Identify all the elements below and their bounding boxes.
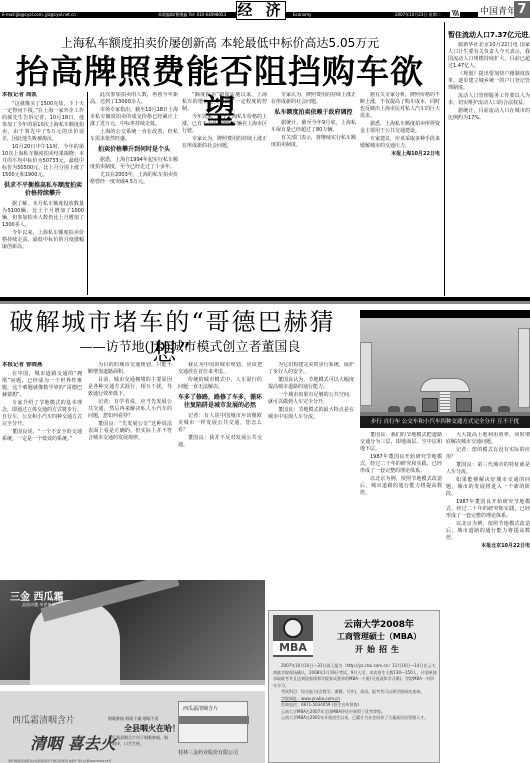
page-header: E-mail:jjb@cyol.com, jjb@cyol.net.cn 本版编… xyxy=(0,0,530,20)
sidebar-divider xyxy=(444,22,445,296)
building-left xyxy=(360,342,372,406)
paragraph: 据新华社北京10月22日电 国家人口计生委有关负责人今天表示，我国流动人口规模持… xyxy=(448,42,530,70)
stairs xyxy=(440,392,450,412)
paragraph: 此次参加拍卖的人数，再创今年新高，达到了13000余人。 xyxy=(90,92,178,106)
paragraph: 1987年董国良开始研究节地模式，经过二十年的研究和实践，已经形成了一套完整的理… xyxy=(446,499,530,520)
mba-title-3: 开始招生 xyxy=(319,644,439,655)
subheading: 车多了修路，路修了车多，循环往复陷阱是城市发展的必然 xyxy=(178,394,262,410)
ad-photo: 三金 西瓜霜 品质卓越 享誉神州 xyxy=(0,580,265,680)
paragraph: 《规划》提出要加快户籍制度改革，逐步建立城乡统一的户口登记管理制度。 xyxy=(448,71,530,92)
main-story-column-2: 此次参加拍卖的人数，再创今年新高，达到了13000余人。 市场专家指出，截至10… xyxy=(90,92,178,295)
paragraph: 董国良说，“一个不安全的交通系统，一定是一个低效的系统。” xyxy=(2,429,82,443)
header-email: E-mail:jjb@cyol.com, jjb@cyol.net.cn xyxy=(2,12,76,18)
paragraph: 专家介绍了节地模式的基本理念，即通过立体交通的方式将步行、自行车、公交和小汽车四… xyxy=(2,400,82,428)
paragraph: 董国良：我并不反对发展公共交通。 xyxy=(178,435,262,449)
paragraph: 董国良：第三代城市的特征就是人车分流。 xyxy=(446,462,530,476)
paragraph: “额度拍卖”制度实施以来，上海私车的增长速度得到了一定程度的控制。 xyxy=(182,92,267,113)
mba-badge: MBA xyxy=(273,641,313,655)
slash-decoration-icon: \\\\ xyxy=(450,9,460,17)
ad-lower-panel: 西瓜霜清咽含片 清咽 喜去火 咽喉肿痛 咽喉干燥 咽喉不适 全县咽火在哈！ 西瓜… xyxy=(0,685,265,763)
ad-company: 桂林三金药业股份有限公司 xyxy=(178,749,238,756)
dateline: 本报北京10月22日电 xyxy=(446,543,530,550)
main-story-column-3: “额度拍卖”制度实施以来，上海私车的增长速度得到了一定程度的控制。 今年以来，由… xyxy=(182,92,267,295)
sidebar-title: 暂住流动人口7.37亿元进入口未来 xyxy=(448,30,530,40)
subheading: 供求不平衡推高私车额度拍卖价格持续攀升 xyxy=(2,182,84,198)
section-title: 经 济 xyxy=(236,1,286,20)
subheading: 私车额度拍卖依赖于政府调控 xyxy=(271,109,356,117)
product-name: 西瓜霜清咽含片 xyxy=(12,713,75,726)
paragraph: 尤其在2003年，上海的私车拍卖价格曾经一度突破4.5万元。 xyxy=(90,172,178,186)
paragraph: 据悉，上海私车额度拍卖所得资金主要用于公共交通建设。 xyxy=(360,121,440,135)
brand-logo: 三金 西瓜霜 xyxy=(10,588,63,603)
ad-description: 西瓜霜清咽含片用于咽喉肿痛，咽干咽痒，口舌生疮。 xyxy=(108,735,168,747)
paragraph: 董国良：节地模式的最大特点是在城市中实现人车分流。 xyxy=(268,407,354,421)
story2-column-1: 本报记者 曾晓燕 在中国，城市道路交通的“拥堵”问题，已经成为一个世界性难题，这… xyxy=(2,362,82,577)
paragraph: 专家认为，牌照费用的持续上涨正在形成新的社会问题。 xyxy=(182,136,267,150)
subheading: 拍卖价格攀升到何时是个头 xyxy=(90,146,178,154)
pedestrian-bridge xyxy=(420,378,470,392)
main-story-column-5: 据有关专家分析，牌照价格的不断上涨，不仅提高了购车成本，同时也反映出上海市民对私… xyxy=(360,92,440,295)
paragraph: 据统计，截至今年9月底，上海私车保有量已经超过了80万辆。 xyxy=(271,120,356,134)
paragraph: 以北京为例，按照节地模式改造后，城市道路的通行能力将提高数倍。 xyxy=(446,521,530,542)
mba-body: 2007年10月10日—31日网上报名（http://yz.chsi.com.c… xyxy=(273,663,437,722)
paragraph: 流动人口管理服务工作要以人为本，切实维护流动人口的合法权益。 xyxy=(448,93,530,107)
paragraph: 在中国，城市道路交通的“拥堵”问题，已经成为一个世界性难题，这个难题就像数学界的… xyxy=(2,371,82,399)
paragraph: 专家认为，牌照费用的持续上涨正在形成新的社会问题。 xyxy=(271,92,356,106)
story2-column-4: 为它们构建完美的步行系统，保护了步行人的安全。 董国良认为，节地模式可以大幅度提… xyxy=(268,362,354,602)
street-illustration xyxy=(360,310,530,416)
main-story-column-4: 专家认为，牌照费用的持续上涨正在形成新的社会问题。 私车额度拍卖依赖于政府调控 … xyxy=(271,92,356,295)
bus-icon xyxy=(422,398,438,412)
story2-headline: 破解城市堵车的“哥德巴赫猜想” xyxy=(0,307,345,367)
byline: 本报记者 周凯 xyxy=(2,92,84,99)
main-story-column-1: 本报记者 周凯 “这就像买了1500克盐，下十天一定得问下钱。”在上海一家外企工… xyxy=(2,92,84,295)
story2-column-3: 我认为中国的城市规划，应该把交通放在首位来考虑。 传统的城市模式中，人车混行的问… xyxy=(178,362,262,557)
building-right xyxy=(518,328,530,408)
paragraph: 以北京为例，按照节地模式改造后，城市道路的通行能力将提高数倍。 xyxy=(360,476,442,497)
header-date: 2007年10月23日 星期二 xyxy=(395,12,441,18)
throat-lozenge-advertisement[interactable]: 三金 西瓜霜 品质卓越 享誉神州 西瓜霜清咽含片 清咽 喜去火 咽喉肿痛 咽喉干… xyxy=(0,580,265,763)
header-editor: 本版编辑/曹继鑫 Tel: 010-64098053 xyxy=(158,12,226,18)
paragraph: 10月20日中午11时，今年的第10次上海私车额度拍卖结果揭晓：本月的平均中标价… xyxy=(2,144,84,179)
dateline: 本报上海10月22日电 xyxy=(360,151,440,158)
paragraph: 我认为中国的城市规划，应该把交通放在首位来考虑。 xyxy=(178,362,262,376)
page-number: 7 xyxy=(514,1,530,18)
paragraph: 记者：有学者说，应当先发展公共交通，然后再来解决私人小汽车的问题，您如何看待？ xyxy=(88,399,172,420)
mba-advertisement[interactable]: MBA 云南大学2008年 工商管理硕士（MBA） 开始招生 2007年10月1… xyxy=(268,610,440,763)
paragraph: 董国良：“先发展公交”这种说法表面上看是正确的，但实际上并不符合城市交通的发展规… xyxy=(88,421,172,442)
sidebar-story: 暂住流动人口7.37亿元进入口未来 据新华社北京10月22日电 国家人口计生委有… xyxy=(448,30,530,295)
paragraph: “这就像买了1500克盐，下十天一定得问下钱。”在上海一家外企工作的郝先生告诉记… xyxy=(2,101,84,143)
paragraph: 市场专家指出，截至10月18日上海市私车额度拍卖的成交价格已经累计上涨了近万元，… xyxy=(90,107,178,128)
paragraph: 云南大学MBA自2001年开始招生以来，已累计为社会培养了大量高层次管理人才。 xyxy=(273,715,437,722)
paragraph: 考试科目：综合能力(含数学、逻辑、写作)，英语，报考者可以到学院网站查询。 xyxy=(273,689,437,696)
paragraph: 记者：有人说中国城市应该像欧美城市一样发展公共交通，您怎么看？ xyxy=(178,413,262,434)
byline: 本报记者 曾晓燕 xyxy=(2,362,82,369)
mba-title-2: 工商管理硕士（MBA） xyxy=(319,631,439,642)
main-story-subtitle: 上海私车额度拍卖价屡创新高 本轮最低中标价高达5.05万元 xyxy=(0,36,440,50)
product-box: 西瓜霜清咽含片 xyxy=(178,701,248,743)
ad-headline: 全县咽火在哈！ xyxy=(124,723,180,734)
paragraph: 董国良认为，节地模式可以大幅度提高城市道路的通行能力。 xyxy=(268,377,354,391)
paragraph: 一个城市如果有足够的公共空间，就可以做到人车完全分开。 xyxy=(268,392,354,406)
paragraph: 为目的的城市交通规划，只能不断增加道路面积。 xyxy=(88,362,172,376)
paragraph: 目前，城市交通拥堵的主要原因是各种交通方式混行，相互干扰，导致通行效率低下。 xyxy=(88,377,172,398)
paragraph: 2007年10月10日—31日网上报名（http://yz.chsi.com.c… xyxy=(273,663,437,689)
paragraph: 据统计，目前流动人口在城市的比例约为17%。 xyxy=(448,108,530,122)
paragraph: 大大提高土地利用效率，同时彻底解决城市交通问题。 xyxy=(446,432,530,446)
paragraph: 1987年董国良开始研究节地模式，经过二十年的研究和实践，已经形成了一套完整的理… xyxy=(360,454,442,475)
paragraph: 上海的公交系统一直在改善，但私车需求依然旺盛。 xyxy=(90,129,178,143)
product-box-label: 西瓜霜清咽含片 xyxy=(183,705,218,712)
paragraph: 专家建议，应该采取多种手段来缓解城市的交通压力。 xyxy=(360,136,440,150)
brand-tagline: 品质卓越 享誉神州 xyxy=(22,602,55,608)
story2-column-2: 为目的的城市交通规划，只能不断增加道路面积。 目前，城市交通拥堵的主要原因是各种… xyxy=(88,362,172,577)
story2-column-6: 大大提高土地利用效率，同时彻底解决城市交通问题。 记者：您的模式有没有实际的应用… xyxy=(446,432,530,762)
sidebar-body: 据新华社北京10月22日电 国家人口计生委有关负责人今天表示，我国流动人口规模持… xyxy=(448,42,530,292)
paragraph: 据了解，本月私车额度投放数量为5100辆，比上个月增加了1000辆，但参加拍卖人… xyxy=(2,201,84,229)
paragraph: 今年以来，上海私车额度拍卖价格持续走高，最低中标价的月度涨幅屡创新高。 xyxy=(2,230,84,251)
university-logo: MBA xyxy=(273,615,313,657)
paragraph: 为它们构建完美的步行系统，保护了步行人的安全。 xyxy=(268,362,354,376)
ad-symptoms: 咽喉肿痛 咽喉干燥 咽喉不适 xyxy=(108,716,159,722)
mba-title-1: 云南大学2008年 xyxy=(319,617,439,630)
product-box-stripe xyxy=(179,716,249,724)
ad-slogan: 清咽 喜去火 xyxy=(30,731,116,754)
story2-subtitle: ——访节地(JD)城市模式创立者董国良 xyxy=(40,340,340,356)
section-title-en: Economy xyxy=(293,12,311,18)
paragraph: 据悉，上海自1994年起实行私车额度拍卖制度，至今已经走过了十多年。 xyxy=(90,157,178,171)
bus-icon xyxy=(456,398,472,412)
column-divider xyxy=(87,92,88,295)
story2-column-5: 董国良：我们的节地模式把道路交通分为三层，即地面层、空中层和地下层。 1987年… xyxy=(360,432,442,567)
paragraph: 传统的城市模式中，人车混行的问题一直无法解决。 xyxy=(178,377,262,391)
paragraph: 据有关专家分析，牌照价格的不断上涨，不仅提高了购车成本，同时也反映出上海市民对私… xyxy=(360,92,440,120)
photo-caption: 步行 自行车 公交车和小汽车四种交通方式完全分开 互不干扰 xyxy=(360,416,530,428)
paragraph: 董国良：我们的节地模式把道路交通分为三层，即地面层、空中层和地下层。 xyxy=(360,432,442,453)
paragraph: 记者：您的模式有没有实际的应用？ xyxy=(446,447,530,461)
ad-fine-print: 请仔细阅读说明书并在药师指导下购买和使用 桂药广审(文)第2007090218号 xyxy=(8,759,111,763)
paragraph: 今年以来，由于上海私车价格的上涨，已有不少外地牌照车辆在上海市区行驶。 xyxy=(182,114,267,135)
paragraph: 如果能够解决好城市交通的问题，城市的发展将进入一个新的阶段。 xyxy=(446,477,530,498)
section-separator-gray xyxy=(0,301,530,304)
university-emblem-icon xyxy=(283,618,303,638)
paragraph: 有关部门表示，将继续实行私车额度拍卖制度。 xyxy=(271,135,356,149)
